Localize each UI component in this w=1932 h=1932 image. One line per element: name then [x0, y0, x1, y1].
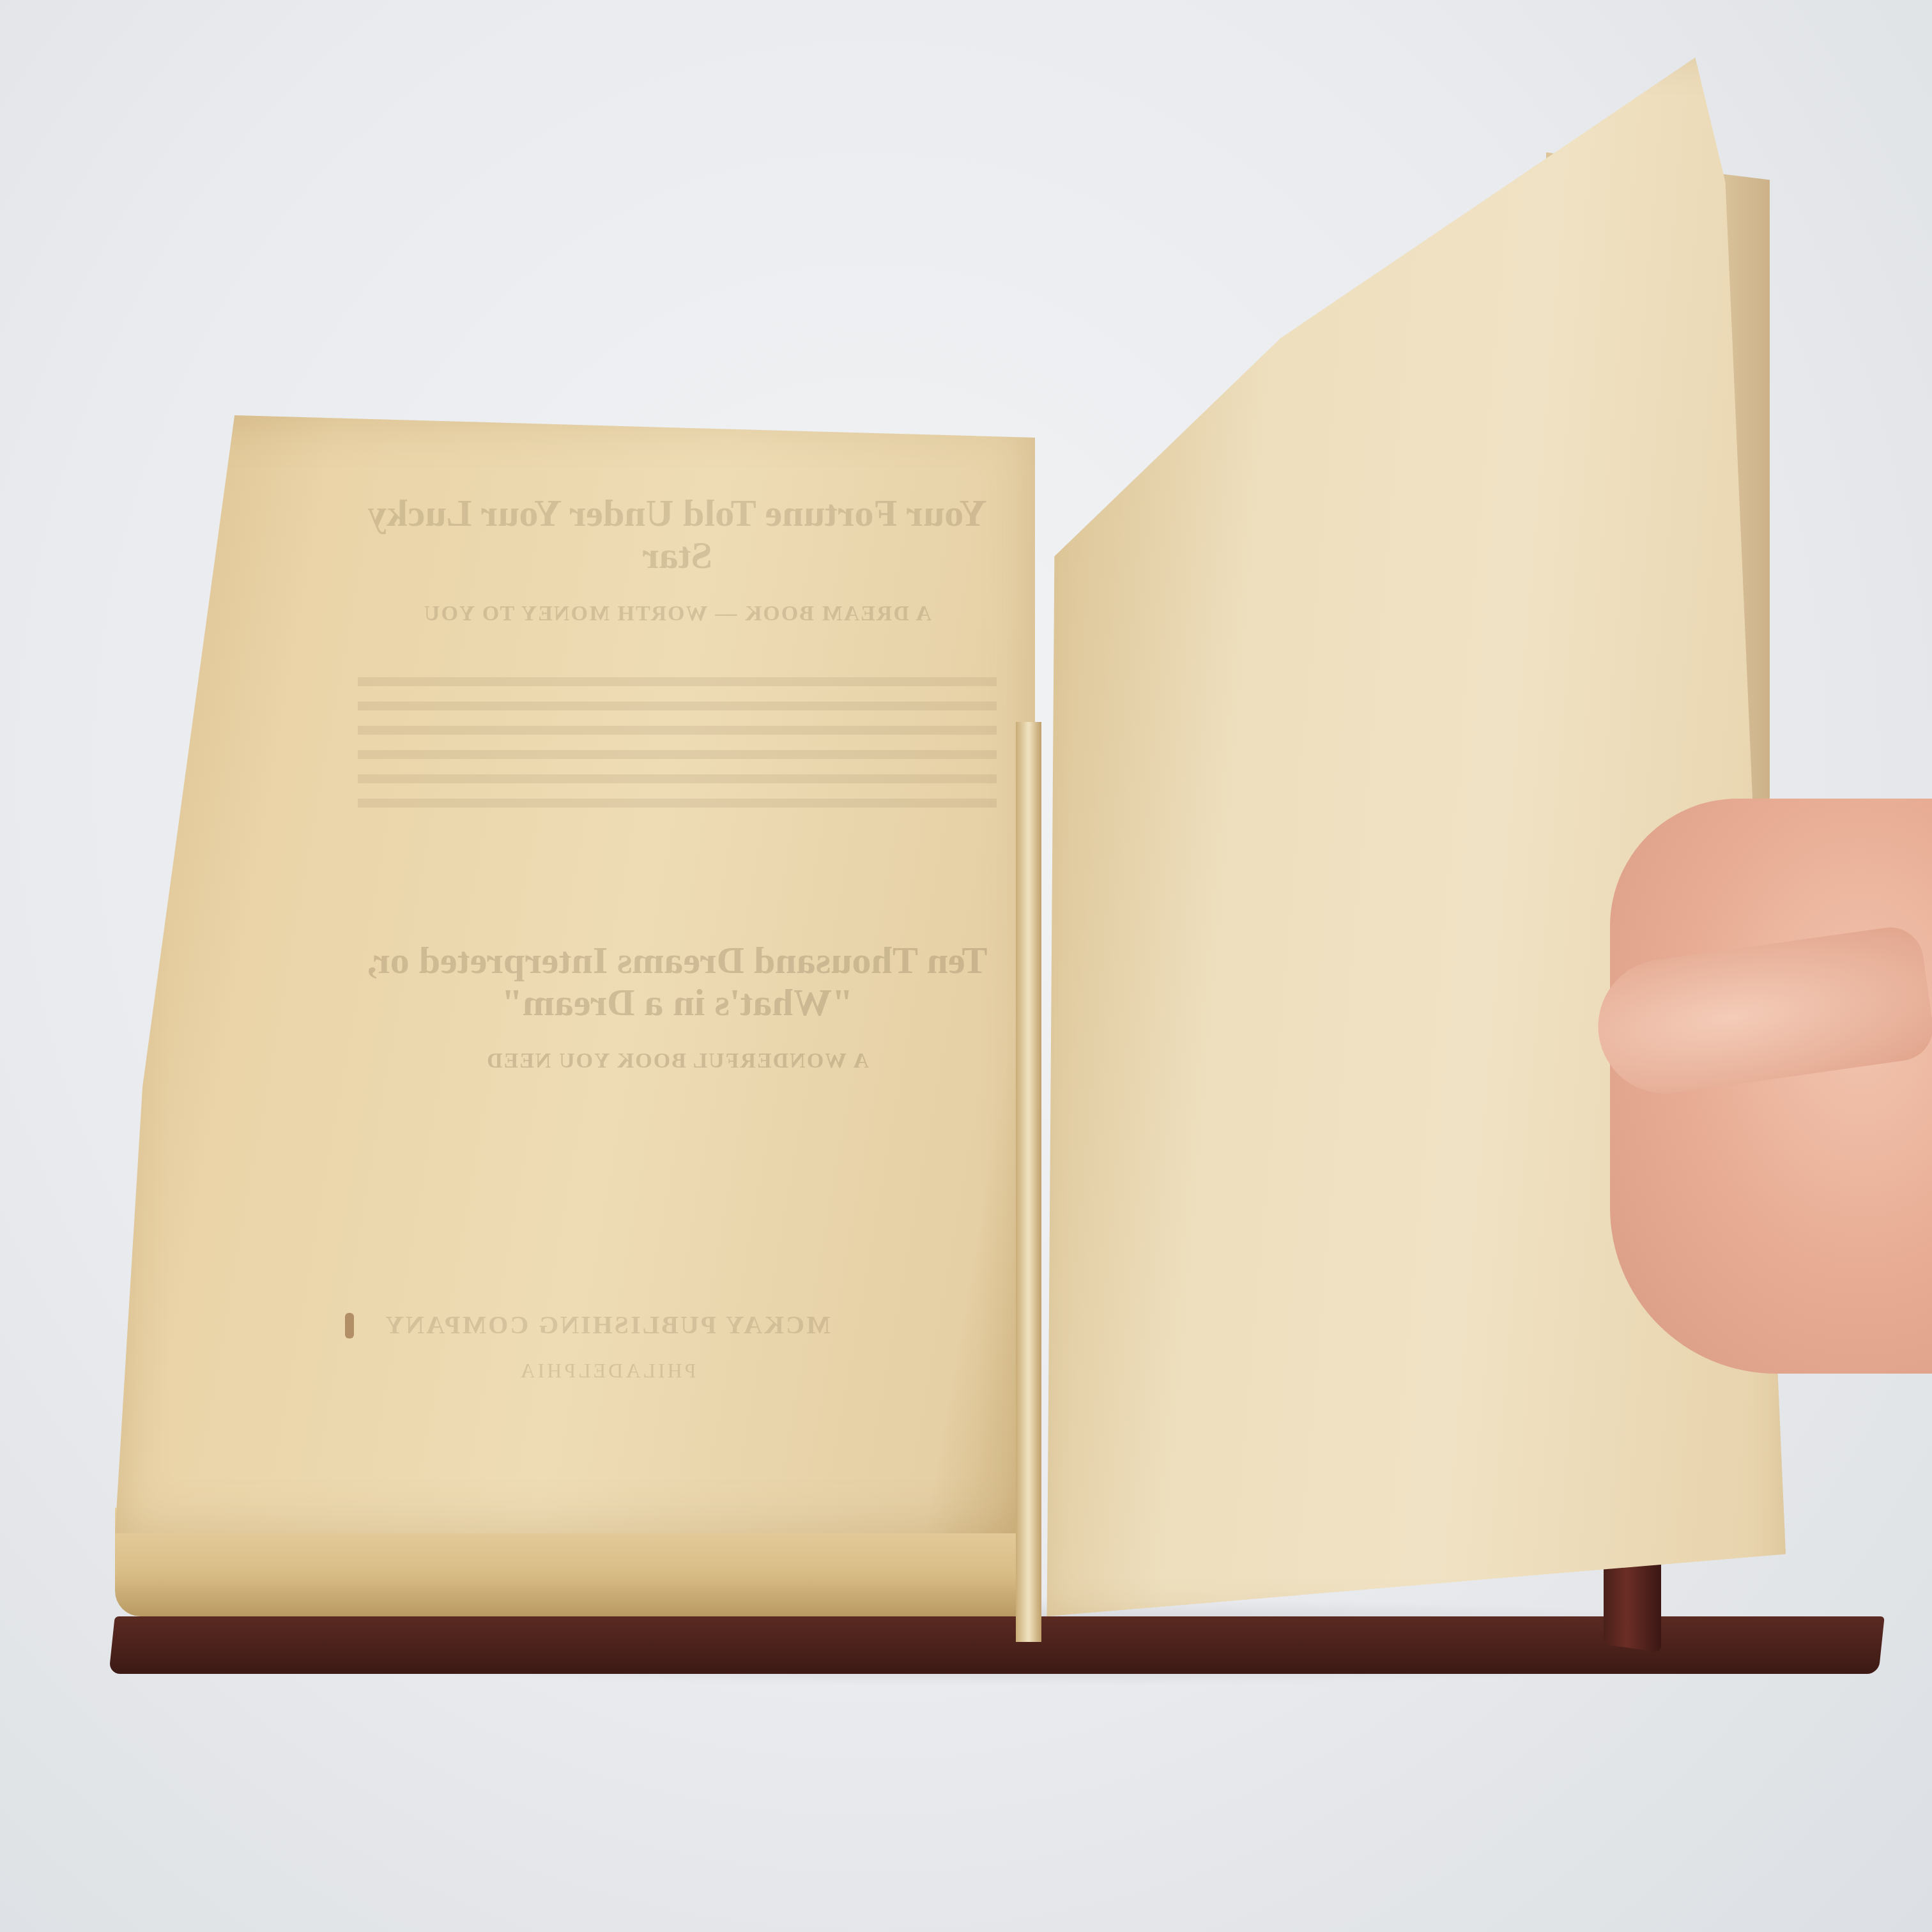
showthrough-body-1: [358, 677, 997, 818]
book-gutter: [1016, 722, 1041, 1642]
showthrough-heading-1: Your Fortune Told Under Your Lucky Star: [358, 492, 997, 576]
photo-scene: Your Fortune Told Under Your Lucky Star …: [0, 0, 1932, 1932]
showthrough-subheading-1: A DREAM BOOK — WORTH MONEY TO YOU: [358, 602, 997, 626]
showthrough-top: Your Fortune Told Under Your Lucky Star …: [358, 492, 997, 818]
showthrough-middle: Ten Thousand Dreams Interpreted or, "Wha…: [358, 939, 997, 1073]
showthrough-publisher: MCKAY PUBLISHING COMPANY: [319, 1310, 894, 1340]
showthrough-city: PHILADELPHIA: [319, 1359, 894, 1383]
page-stain: [345, 1313, 354, 1338]
showthrough-subheading-2: A WONDERFUL BOOK YOU NEED: [358, 1049, 997, 1073]
showthrough-heading-2: Ten Thousand Dreams Interpreted or, "Wha…: [358, 939, 997, 1023]
showthrough-bottom: MCKAY PUBLISHING COMPANY PHILADELPHIA: [319, 1310, 894, 1383]
